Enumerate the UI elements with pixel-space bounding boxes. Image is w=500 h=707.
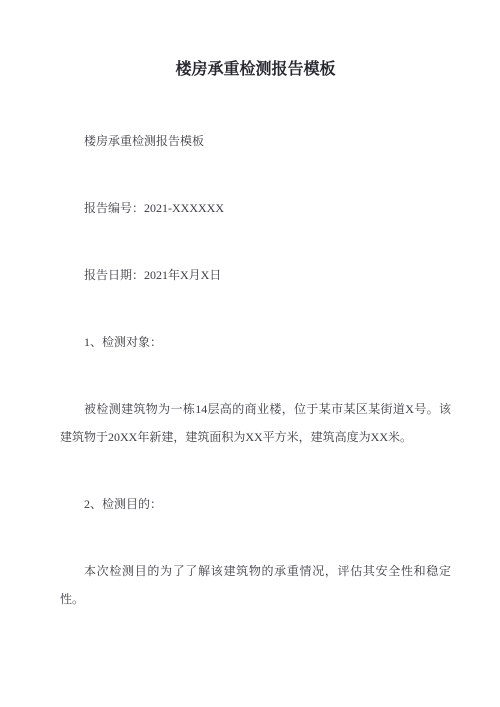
section-1-body: 被检测建筑物为一栋14层高的商业楼，位于某市某区某街道X号。该建筑物于20XX年… bbox=[60, 395, 451, 451]
report-number-line: 报告编号：2021-XXXXXX bbox=[60, 194, 451, 222]
section-1-heading: 1、检测对象： bbox=[60, 328, 451, 356]
subtitle-line: 楼房承重检测报告模板 bbox=[60, 127, 451, 155]
document-page: 楼房承重检测报告模板 楼房承重检测报告模板 报告编号：2021-XXXXXX 报… bbox=[0, 0, 500, 707]
section-2-body: 本次检测目的为了了解该建筑物的承重情况，评估其安全性和稳定性。 bbox=[60, 557, 451, 613]
document-title: 楼房承重检测报告模板 bbox=[60, 57, 451, 83]
section-2-heading: 2、检测目的： bbox=[60, 490, 451, 518]
report-date-line: 报告日期：2021年X月X日 bbox=[60, 261, 451, 289]
